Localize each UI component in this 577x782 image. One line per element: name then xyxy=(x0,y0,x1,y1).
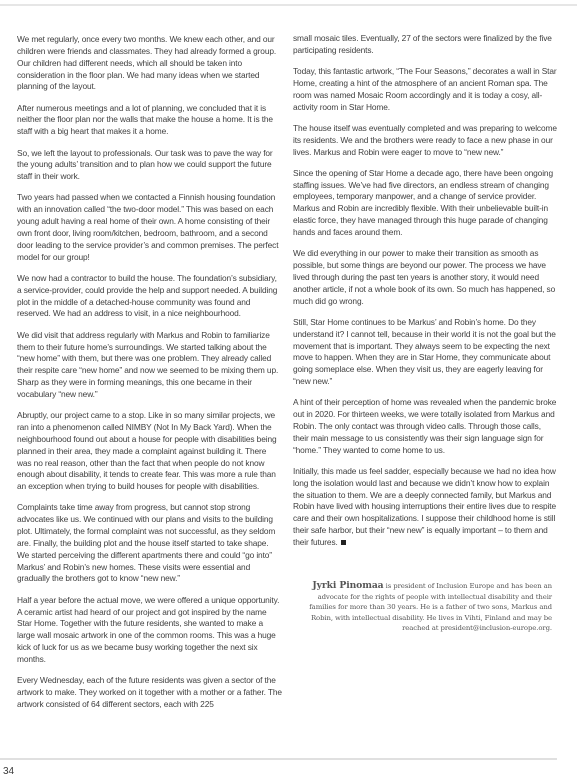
article-right-column: small mosaic tiles. Eventually, 27 of th… xyxy=(293,33,558,558)
paragraph: Abruptly, our project came to a stop. Li… xyxy=(17,410,282,493)
paragraph-text: Initially, this made us feel sadder, esp… xyxy=(293,466,556,547)
paragraph: Since the opening of Star Home a decade … xyxy=(293,168,558,239)
paragraph: Still, Star Home continues to be Markus’… xyxy=(293,317,558,388)
top-divider xyxy=(0,4,577,6)
paragraph: Two years had passed when we contacted a… xyxy=(17,192,282,263)
paragraph: After numerous meetings and a lot of pla… xyxy=(17,103,282,139)
paragraph: small mosaic tiles. Eventually, 27 of th… xyxy=(293,33,558,57)
author-bio: Jyrki Pinomaa is president of Inclusion … xyxy=(302,581,552,634)
page-number: 34 xyxy=(3,766,14,777)
final-paragraph: Initially, this made us feel sadder, esp… xyxy=(293,466,558,549)
paragraph: We met regularly, once every two months.… xyxy=(17,34,282,93)
paragraph: We did visit that address regularly with… xyxy=(17,330,282,401)
end-square-icon xyxy=(341,540,346,545)
author-name: Jyrki Pinomaa xyxy=(312,580,383,591)
footer-divider xyxy=(0,758,557,760)
article-left-column: We met regularly, once every two months.… xyxy=(17,34,282,720)
paragraph: The house itself was eventually complete… xyxy=(293,123,558,159)
paragraph: Today, this fantastic artwork, “The Four… xyxy=(293,66,558,113)
paragraph: So, we left the layout to professionals.… xyxy=(17,148,282,184)
paragraph: We now had a contractor to build the hou… xyxy=(17,273,282,320)
paragraph: A hint of their perception of home was r… xyxy=(293,397,558,456)
paragraph: We did everything in our power to make t… xyxy=(293,248,558,307)
paragraph: Complaints take time away from progress,… xyxy=(17,502,282,585)
paragraph: Half a year before the actual move, we w… xyxy=(17,595,282,666)
paragraph: Every Wednesday, each of the future resi… xyxy=(17,675,282,711)
